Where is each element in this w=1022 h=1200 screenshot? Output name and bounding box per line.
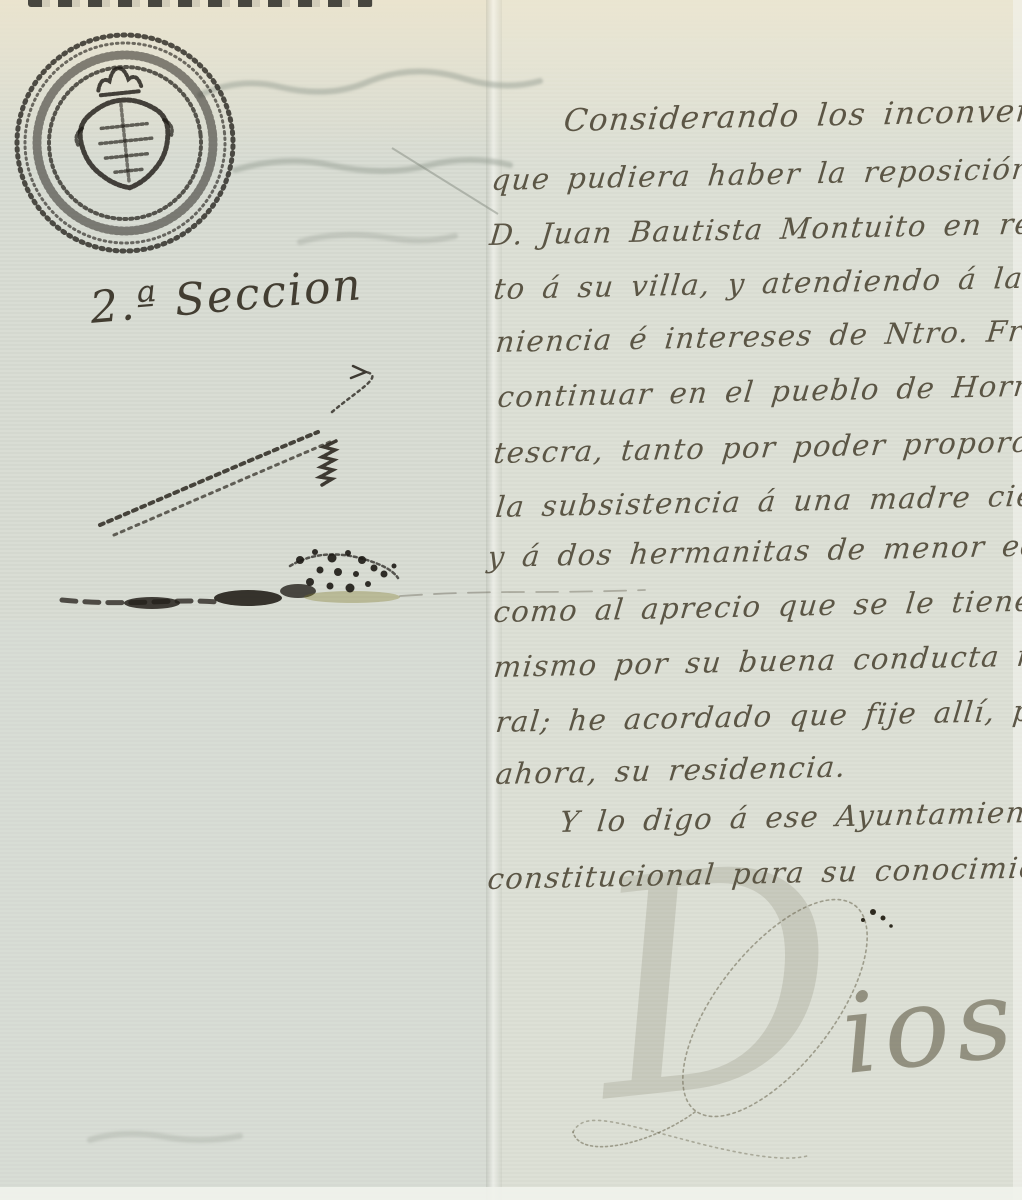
crowned-coat-of-arms-stamp-icon: [8, 26, 242, 260]
closing-word-rest: ios: [836, 953, 1022, 1099]
paper-lower-left-tint: [0, 620, 500, 1200]
closing-word-initial: D: [578, 797, 854, 1169]
official-seal-stamp: [8, 26, 242, 260]
closing-word: Dios: [581, 803, 1022, 1145]
rubric-flourish: [70, 350, 470, 550]
section-heading: 2.ª Seccion: [88, 259, 365, 334]
document-page: 2.ª Seccion: [0, 0, 1022, 1200]
scan-top-edge-marks: [28, 0, 373, 7]
